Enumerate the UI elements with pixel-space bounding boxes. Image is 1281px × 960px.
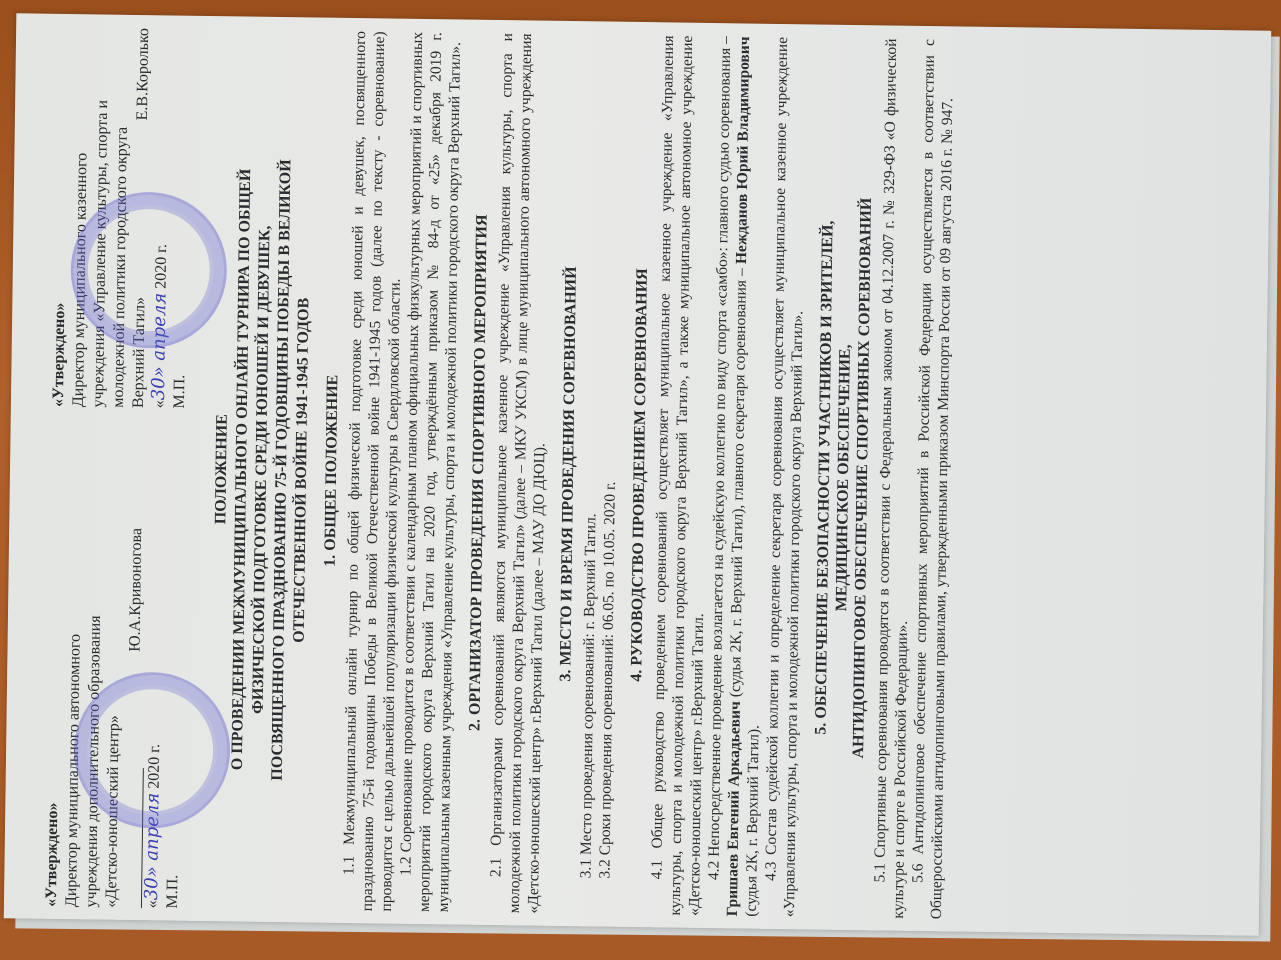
signer-name: Ю.А.Кривоногова bbox=[125, 527, 147, 651]
stamp-icon bbox=[73, 671, 231, 829]
document-sheet: «Утверждено» Директор муниципального авт… bbox=[4, 13, 1272, 935]
paragraph: 1.2 Соревнование проводится в соответств… bbox=[395, 31, 464, 912]
text-run: (судья 2К, г. Верхний Тагил). bbox=[742, 724, 762, 916]
chief-secretary-name: Нежданов Юрий Владимирович bbox=[732, 36, 752, 264]
approval-left: «Утверждено» Директор муниципального авт… bbox=[41, 526, 196, 908]
paragraph: 2.1 Организаторами соревнований являются… bbox=[485, 33, 554, 914]
chief-judge-name: Гришаев Евгений Аркадьевич bbox=[723, 701, 743, 916]
document-page: «Утверждено» Директор муниципального авт… bbox=[41, 26, 1233, 922]
approval-block: «Утверждено» Директор муниципального авт… bbox=[41, 26, 203, 908]
approval-right: «Утверждено» Директор муниципального каз… bbox=[48, 26, 203, 408]
stamp-icon bbox=[69, 191, 227, 349]
date-quote: « bbox=[143, 900, 160, 908]
date-quote: « bbox=[150, 400, 167, 408]
signer-name: Е.В.Королько bbox=[132, 27, 153, 120]
